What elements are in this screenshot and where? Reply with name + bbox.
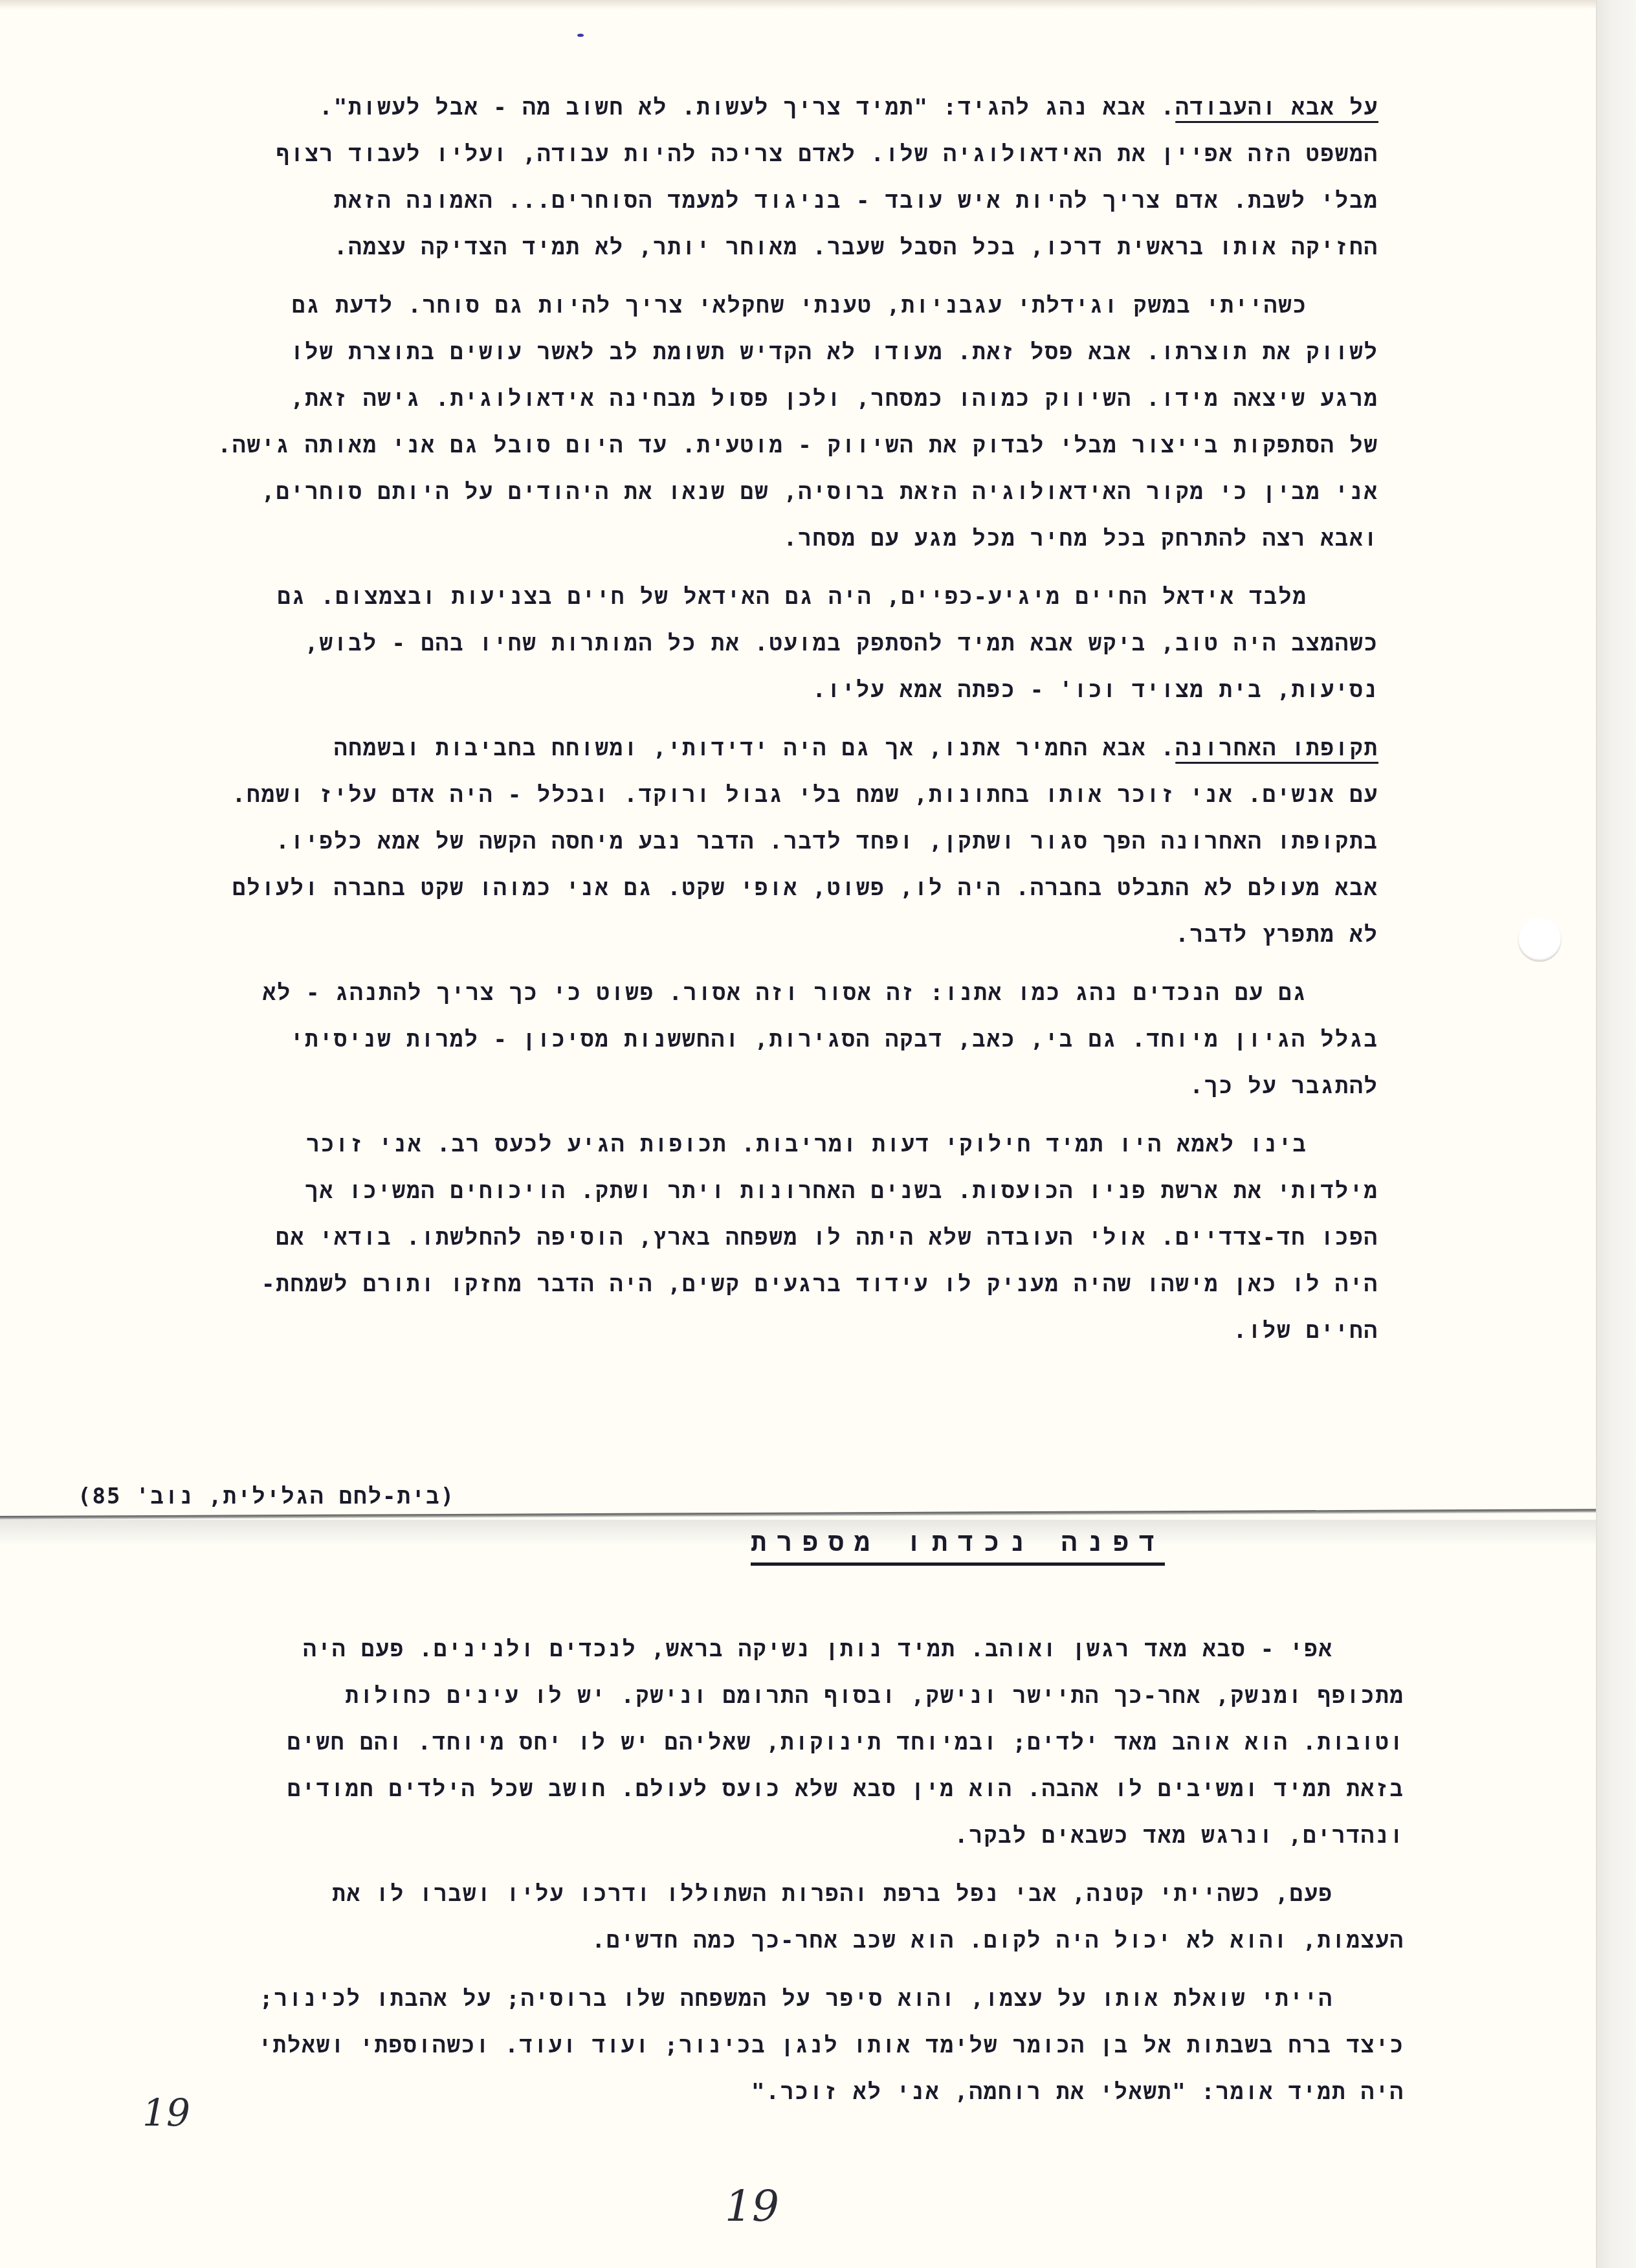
ink-mark (577, 34, 584, 37)
text-line: מתכופף ומנשק, אחר-כך התיישר ונישק, ובסוף… (149, 1673, 1404, 1719)
scanned-page: על אבא והעבודה. אבא נהג להגיד: "תמיד צרי… (0, 0, 1597, 2268)
text-line: כיצד ברח בשבתות אל בן הכומר שלימד אותו ל… (149, 2022, 1404, 2069)
text-line: החיים שלו. (97, 1307, 1378, 1354)
text-line: אני מבין כי מקור האידאולוגיה הזאת ברוסיה… (97, 469, 1378, 515)
text-line: היה לו כאן מישהו שהיה מעניק לו עידוד ברג… (97, 1261, 1378, 1307)
text-line: אפי - סבא מאד רגשן ואוהב. תמיד נותן נשיק… (149, 1626, 1404, 1673)
text-line: בינו לאמא היו תמיד חילוקי דעות ומריבות. … (97, 1121, 1378, 1168)
paragraph-grandpa-loving: אפי - סבא מאד רגשן ואוהב. תמיד נותן נשיק… (149, 1626, 1404, 1859)
text-line: מילדותי את ארשת פניו הכועסות. בשנים האחר… (97, 1168, 1378, 1214)
hole-punch (1518, 918, 1562, 962)
text-line: הייתי שואלת אותו על עצמו, והוא סיפר על ה… (149, 1975, 1404, 2022)
text-line: ואבא רצה להתרחק בכל מחיר מכל מגע עם מסחר… (97, 515, 1378, 562)
paragraph-disagreements: בינו לאמא היו תמיד חילוקי דעות ומריבות. … (97, 1121, 1378, 1354)
text-line: לשווק את תוצרתו. אבא פסל זאת. מעודו לא ה… (97, 329, 1378, 375)
text-line: ונהדרים, ונרגש מאד כשבאים לבקר. (149, 1812, 1404, 1859)
text-line: המשפט הזה אפיין את האידאולוגיה שלו. לאדם… (97, 131, 1378, 177)
text-line: כשהמצב היה טוב, ביקש אבא תמיד להסתפק במו… (97, 620, 1378, 667)
section-heading: על אבא והעבודה (1175, 94, 1378, 120)
lower-clipping-body: אפי - סבא מאד רגשן ואוהב. תמיד נותן נשיק… (149, 1626, 1404, 2127)
text-line: אבא מעולם לא התבלט בחברה. היה לו, פשוט, … (97, 865, 1378, 911)
text-line: על אבא והעבודה. אבא נהג להגיד: "תמיד צרי… (97, 84, 1378, 131)
paragraph-last-period: תקופתו האחרונה. אבא החמיר אתנו, אך גם הי… (97, 725, 1378, 958)
text-line: החזיקה אותו בראשית דרכו, בכל הסבל שעבר. … (97, 224, 1378, 271)
paragraph-modesty: מלבד אידאל החיים מיגיע-כפיים, היה גם האי… (97, 573, 1378, 713)
text-line: להתגבר על כך. (97, 1063, 1378, 1109)
paragraph-father-and-work: על אבא והעבודה. אבא נהג להגיד: "תמיד צרי… (97, 84, 1378, 271)
text-line: מבלי לשבת. אדם צריך להיות איש עובד - בני… (97, 177, 1378, 224)
text-line: תקופתו האחרונה. אבא החמיר אתנו, אך גם הי… (97, 725, 1378, 772)
text-line: פעם, כשהייתי קטנה, אבי נפל ברפת והפרות ה… (149, 1871, 1404, 1917)
paragraph-marketing: כשהייתי במשק וגידלתי עגבניות, טענתי שחקל… (97, 282, 1378, 562)
upper-clipping-body: על אבא והעבודה. אבא נהג להגיד: "תמיד צרי… (97, 84, 1378, 1366)
section-heading: תקופתו האחרונה (1175, 735, 1378, 761)
text-line: עם אנשים. אני זוכר אותו בחתונות, שמח בלי… (97, 772, 1378, 818)
text-line: גם עם הנכדים נהג כמו אתנו: זה אסור וזה א… (97, 970, 1378, 1016)
text-line: נסיעות, בית מצויד וכו' - כפתה אמא עליו. (97, 667, 1378, 713)
text-line: לא מתפרץ לדבר. (97, 911, 1378, 958)
text-line: וטובות. הוא אוהב מאד ילדים; ובמיוחד תינו… (149, 1719, 1404, 1766)
text-line: בזאת תמיד ומשיבים לו אהבה. הוא מין סבא ש… (149, 1766, 1404, 1812)
handwritten-page-number-margin: 19 (142, 2091, 190, 2135)
text-line: מלבד אידאל החיים מיגיע-כפיים, היה גם האי… (97, 573, 1378, 620)
text-line: של הסתפקות בייצור מבלי לבדוק את השיווק -… (97, 422, 1378, 469)
paragraph-barn-accident: פעם, כשהייתי קטנה, אבי נפל ברפת והפרות ה… (149, 1871, 1404, 1964)
text-line: העצמות, והוא לא יכול היה לקום. הוא שכב א… (149, 1917, 1404, 1964)
paragraph-stories: הייתי שואלת אותו על עצמו, והוא סיפר על ה… (149, 1975, 1404, 2115)
text-line: בתקופתו האחרונה הפך סגור ושתקן, ופחד לדב… (97, 818, 1378, 865)
text-line: מרגע שיצאה מידו. השיווק כמוהו כמסחר, ולכ… (97, 375, 1378, 422)
handwritten-page-number-bottom: 19 (725, 2181, 779, 2231)
text-line: כשהייתי במשק וגידלתי עגבניות, טענתי שחקל… (97, 282, 1378, 329)
source-citation: (בית-לחם הגלילית, נוב' 85) (78, 1484, 455, 1511)
page-top-edge (0, 0, 1597, 9)
lower-clipping-title: דפנה נכדתו מספרת (699, 1528, 1217, 1559)
binding-edge (1596, 0, 1636, 2268)
paragraph-grandchildren: גם עם הנכדים נהג כמו אתנו: זה אסור וזה א… (97, 970, 1378, 1109)
text-line: בגלל הגיון מיוחד. גם בי, כאב, דבקה הסגיר… (97, 1016, 1378, 1063)
text-line: היה תמיד אומר: "תשאלי את רוחמה, אני לא ז… (149, 2069, 1404, 2115)
text-line: הפכו חד-צדדיים. אולי העובדה שלא היתה לו … (97, 1214, 1378, 1261)
